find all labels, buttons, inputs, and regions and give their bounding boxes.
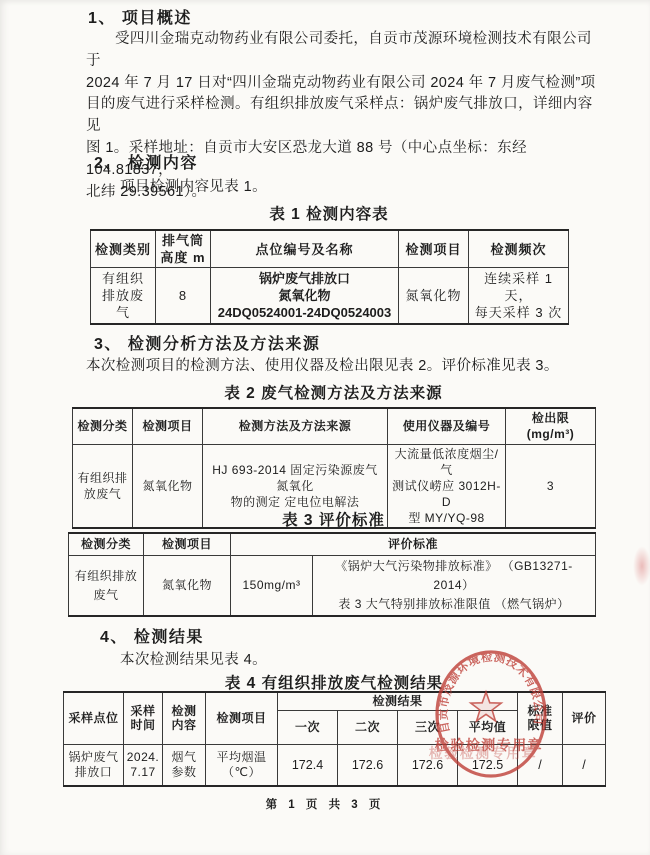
table-1-title: 表 1 检测内容表 — [90, 202, 568, 224]
table-3: 检测分类 检测项目 评价标准 有组织排放 废气 氮氧化物 150mg/m³ 《锅… — [68, 532, 596, 617]
table-row: 检测类别 排气筒 高度 m 点位编号及名称 检测项目 检测频次 — [91, 230, 569, 268]
section-2-heading: 2、 检测内容 — [94, 150, 198, 173]
header-cell: 检测方法及方法来源 — [203, 408, 388, 444]
star-icon — [471, 692, 501, 721]
header-cell: 检出限 (mg/m³) — [506, 408, 596, 444]
stamp-company-name: 自贡市茂源环境检测技术有限公司 — [436, 649, 546, 734]
cell: 150mg/m³ — [231, 556, 313, 617]
table-row: 检测分类 检测项目 评价标准 — [69, 533, 596, 556]
table-3-title: 表 3 评价标准 — [72, 508, 595, 530]
cell: 《锅炉大气污染物排放标准》 （GB13271-2014） 表 3 大气特别排放标… — [313, 556, 596, 617]
header-cell: 采样 时间 — [124, 692, 163, 744]
table-2-title: 表 2 废气检测方法及方法来源 — [72, 381, 595, 403]
section-3-heading: 3、 检测分析方法及方法来源 — [94, 331, 320, 354]
svg-text:自贡市茂源环境检测技术有限公司: 自贡市茂源环境检测技术有限公司 — [436, 649, 546, 734]
header-cell: 检测项目 — [399, 230, 469, 268]
header-cell: 检测 内容 — [163, 692, 206, 744]
header-cell: 一次 — [278, 710, 338, 744]
header-cell: 二次 — [338, 710, 398, 744]
cell: 有组织排放 废气 — [69, 556, 144, 617]
cell: 氮氧化物 — [399, 268, 469, 324]
stamp-label: 检验检测专用章 — [435, 737, 544, 753]
table-row: 有组织 排放废 气 8 锅炉废气排放口 氮氧化物 24DQ0524001-24D… — [91, 268, 569, 324]
section-4-heading: 4、 检测结果 — [100, 624, 204, 647]
header-cell: 评价 — [563, 692, 606, 744]
page-number: 第 1 页 共 3 页 — [0, 796, 650, 812]
ink-smudge-artifact — [633, 546, 650, 586]
header-cell: 点位编号及名称 — [211, 230, 399, 268]
cell: 172.6 — [338, 744, 398, 786]
table-1: 检测类别 排气筒 高度 m 点位编号及名称 检测项目 检测频次 有组织 排放废 … — [90, 229, 569, 325]
cell: 8 — [156, 268, 211, 324]
cell: 172.4 — [278, 744, 338, 786]
cell: / — [563, 744, 606, 786]
cell: 平均烟温 （℃） — [206, 744, 278, 786]
cell: 锅炉废气排放口 氮氧化物 24DQ0524001-24DQ0524003 — [211, 268, 399, 324]
header-cell: 检测项目 — [144, 533, 231, 556]
cell: 氮氧化物 — [144, 556, 231, 617]
cell: 锅炉废气 排放口 — [64, 744, 124, 786]
company-seal-stamp: 自贡市茂源环境检测技术有限公司 检验检测专用章 检验检测专用章 — [414, 634, 568, 794]
header-cell: 检测频次 — [469, 230, 569, 268]
header-cell: 检测分类 — [73, 408, 133, 444]
cell: 烟气 参数 — [163, 744, 206, 786]
header-cell: 检测项目 — [206, 692, 278, 744]
section-3-intro: 本次检测项目的检测方法、使用仪器及检出限见表 2。评价标准见表 3。 — [86, 356, 606, 378]
section-2-intro: 项目检测内容见表 1。 — [120, 177, 540, 199]
header-cell: 检测项目 — [133, 408, 203, 444]
header-cell: 使用仪器及编号 — [388, 408, 506, 444]
report-page: { "sections": { "s1": { "heading": "1、 项… — [0, 0, 650, 855]
header-cell: 检测类别 — [91, 230, 156, 268]
table-row: 检测分类 检测项目 检测方法及方法来源 使用仪器及编号 检出限 (mg/m³) — [73, 408, 596, 444]
header-cell: 检测分类 — [69, 533, 144, 556]
header-cell: 评价标准 — [231, 533, 596, 556]
section-1-heading: 1、 项目概述 — [88, 5, 192, 28]
cell: 2024. 7.17 — [124, 744, 163, 786]
cell: 有组织 排放废 气 — [91, 268, 156, 324]
header-cell: 采样点位 — [64, 692, 124, 744]
table-row: 有组织排放 废气 氮氧化物 150mg/m³ 《锅炉大气污染物排放标准》 （GB… — [69, 556, 596, 617]
header-cell: 排气筒 高度 m — [156, 230, 211, 268]
cell: 连续采样 1 天， 每天采样 3 次 — [469, 268, 569, 324]
